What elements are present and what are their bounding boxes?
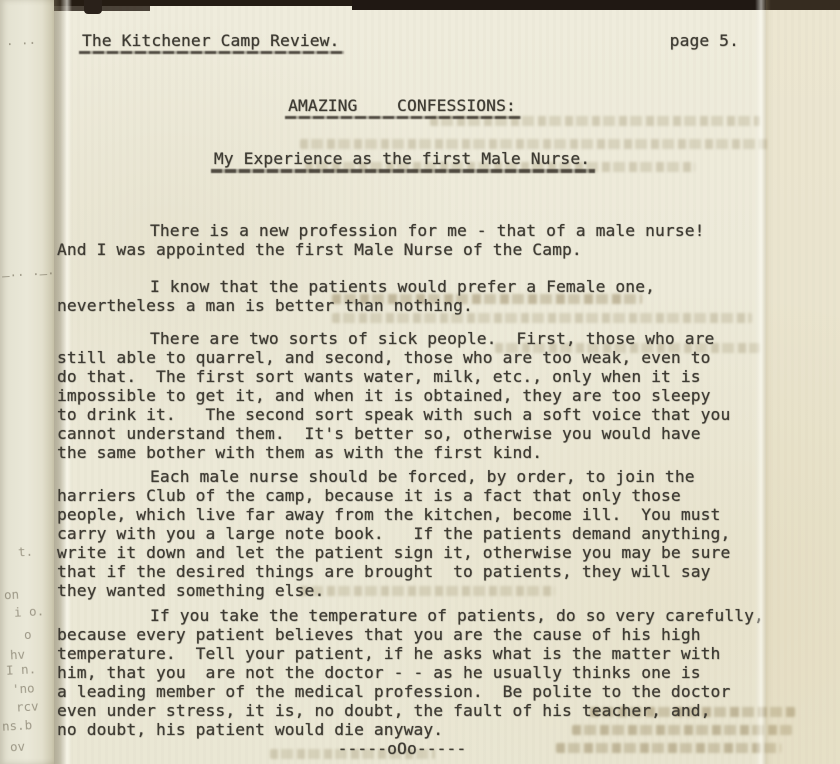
edge-text-fragment: o: [24, 627, 32, 642]
edge-text-fragment: i o.: [14, 603, 45, 620]
paragraph-2: I know that the patients would prefer a …: [57, 277, 747, 315]
edge-text-fragment: · ··: [6, 35, 37, 52]
edge-text-fragment: ov: [10, 739, 26, 755]
article-title-row: AMAZING CONFESSIONS:: [57, 96, 747, 115]
paragraph-4: Each male nurse should be forced, by ord…: [57, 467, 747, 600]
page-number: page 5.: [670, 31, 739, 50]
edge-text-fragment: t.: [18, 544, 34, 560]
page-fold-tint: [766, 0, 840, 764]
edge-text-fragment: 'no: [12, 680, 35, 696]
scanned-page: · ·· —·· ·—· t. on i o. o hv I n. 'no rc…: [0, 0, 840, 764]
article-title: AMAZING CONFESSIONS:: [288, 96, 516, 115]
paragraph-1: There is a new profession for me - that …: [57, 221, 747, 259]
page-content: The Kitchener Camp Review. page 5. AMAZI…: [57, 0, 747, 764]
edge-text-fragment: on: [4, 587, 20, 603]
paragraph-5: If you take the temperature of patients,…: [57, 606, 747, 739]
edge-text-fragment: I n.: [6, 661, 37, 678]
section-divider: -----oOo-----: [57, 739, 747, 758]
edge-text-fragment: ns.b: [2, 717, 33, 734]
edge-text-fragment: hv: [10, 647, 26, 663]
edge-text-fragment: —·· ·—·: [2, 266, 55, 284]
page-header: The Kitchener Camp Review. page 5.: [57, 31, 747, 50]
publication-title: The Kitchener Camp Review.: [82, 31, 339, 50]
edge-text-fragment: rcv: [16, 698, 39, 714]
article-subtitle-row: My Experience as the first Male Nurse.: [57, 149, 747, 168]
previous-page-edge: · ·· —·· ·—· t. on i o. o hv I n. 'no rc…: [0, 0, 54, 764]
article-subtitle: My Experience as the first Male Nurse.: [214, 149, 590, 168]
paragraph-3: There are two sorts of sick people. Firs…: [57, 329, 747, 462]
